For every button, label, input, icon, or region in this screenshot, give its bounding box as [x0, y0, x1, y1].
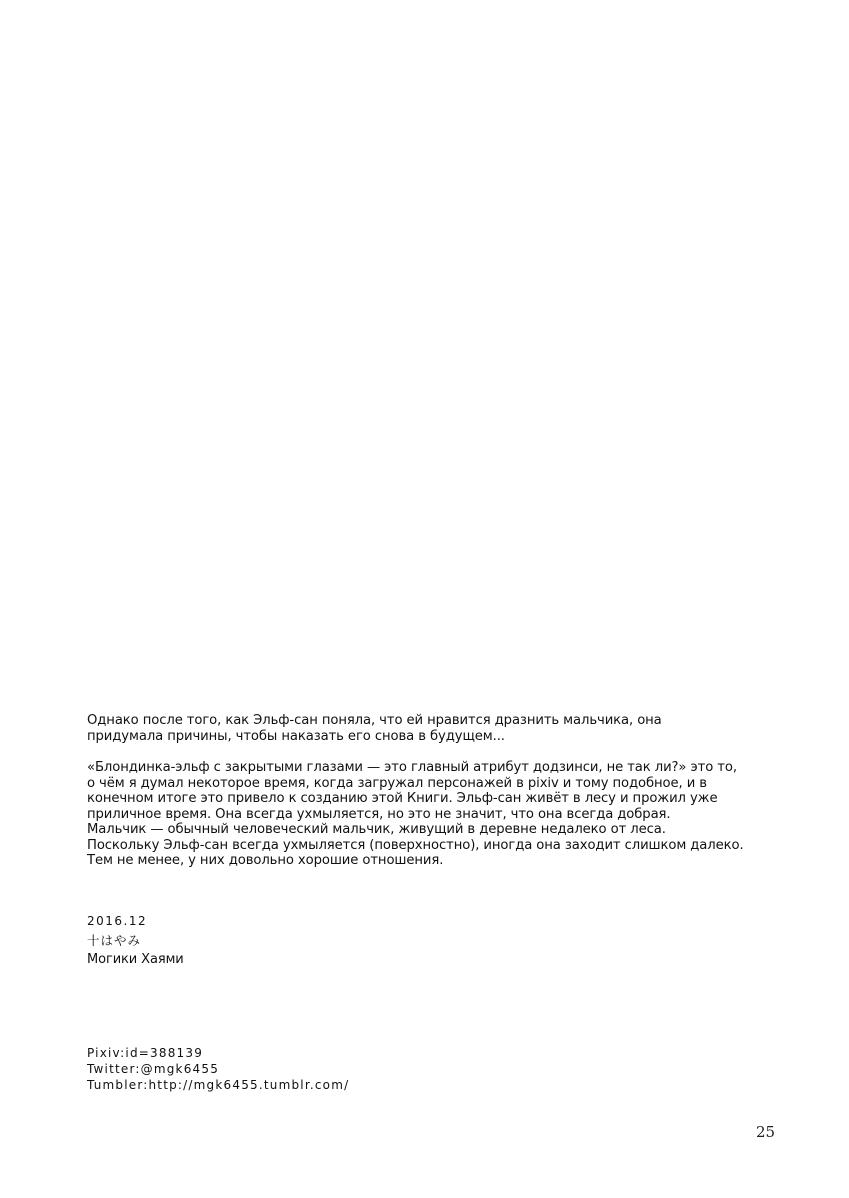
text-line: Поскольку Эльф-сан всегда ухмыляется (по…: [87, 838, 744, 854]
afterword-paragraph-1: Однако после того, как Эльф-сан поняла, …: [87, 713, 662, 744]
signature-block: 2016.12 十はやみ Могики Хаями: [87, 912, 184, 969]
text-line: Мальчик — обычный человеческий мальчик, …: [87, 822, 744, 838]
text-line: приличное время. Она всегда ухмыляется, …: [87, 807, 744, 823]
text-line: придумала причины, чтобы наказать его сн…: [87, 729, 662, 745]
document-page: Однако после того, как Эльф-сан поняла, …: [0, 0, 849, 1198]
text-line: о чём я думал некоторое время, когда заг…: [87, 776, 744, 792]
text-line: конечном итоге это привело к созданию эт…: [87, 791, 744, 807]
text-line: Однако после того, как Эльф-сан поняла, …: [87, 713, 662, 729]
page-number: 25: [756, 1123, 775, 1141]
author-name-japanese: 十はやみ: [87, 931, 184, 950]
contact-twitter: Twitter:@mgk6455: [87, 1061, 349, 1077]
signature-date: 2016.12: [87, 912, 184, 931]
text-line: Тем не менее, у них довольно хорошие отн…: [87, 853, 744, 869]
author-name-russian: Могики Хаями: [87, 950, 184, 969]
contact-tumblr: Tumbler:http://mgk6455.tumblr.com/: [87, 1077, 349, 1093]
contact-pixiv: Pixiv:id=388139: [87, 1045, 349, 1061]
text-line: «Блондинка-эльф с закрытыми глазами — эт…: [87, 760, 744, 776]
afterword-paragraph-2: «Блондинка-эльф с закрытыми глазами — эт…: [87, 760, 744, 869]
contact-info: Pixiv:id=388139 Twitter:@mgk6455 Tumbler…: [87, 1045, 349, 1093]
